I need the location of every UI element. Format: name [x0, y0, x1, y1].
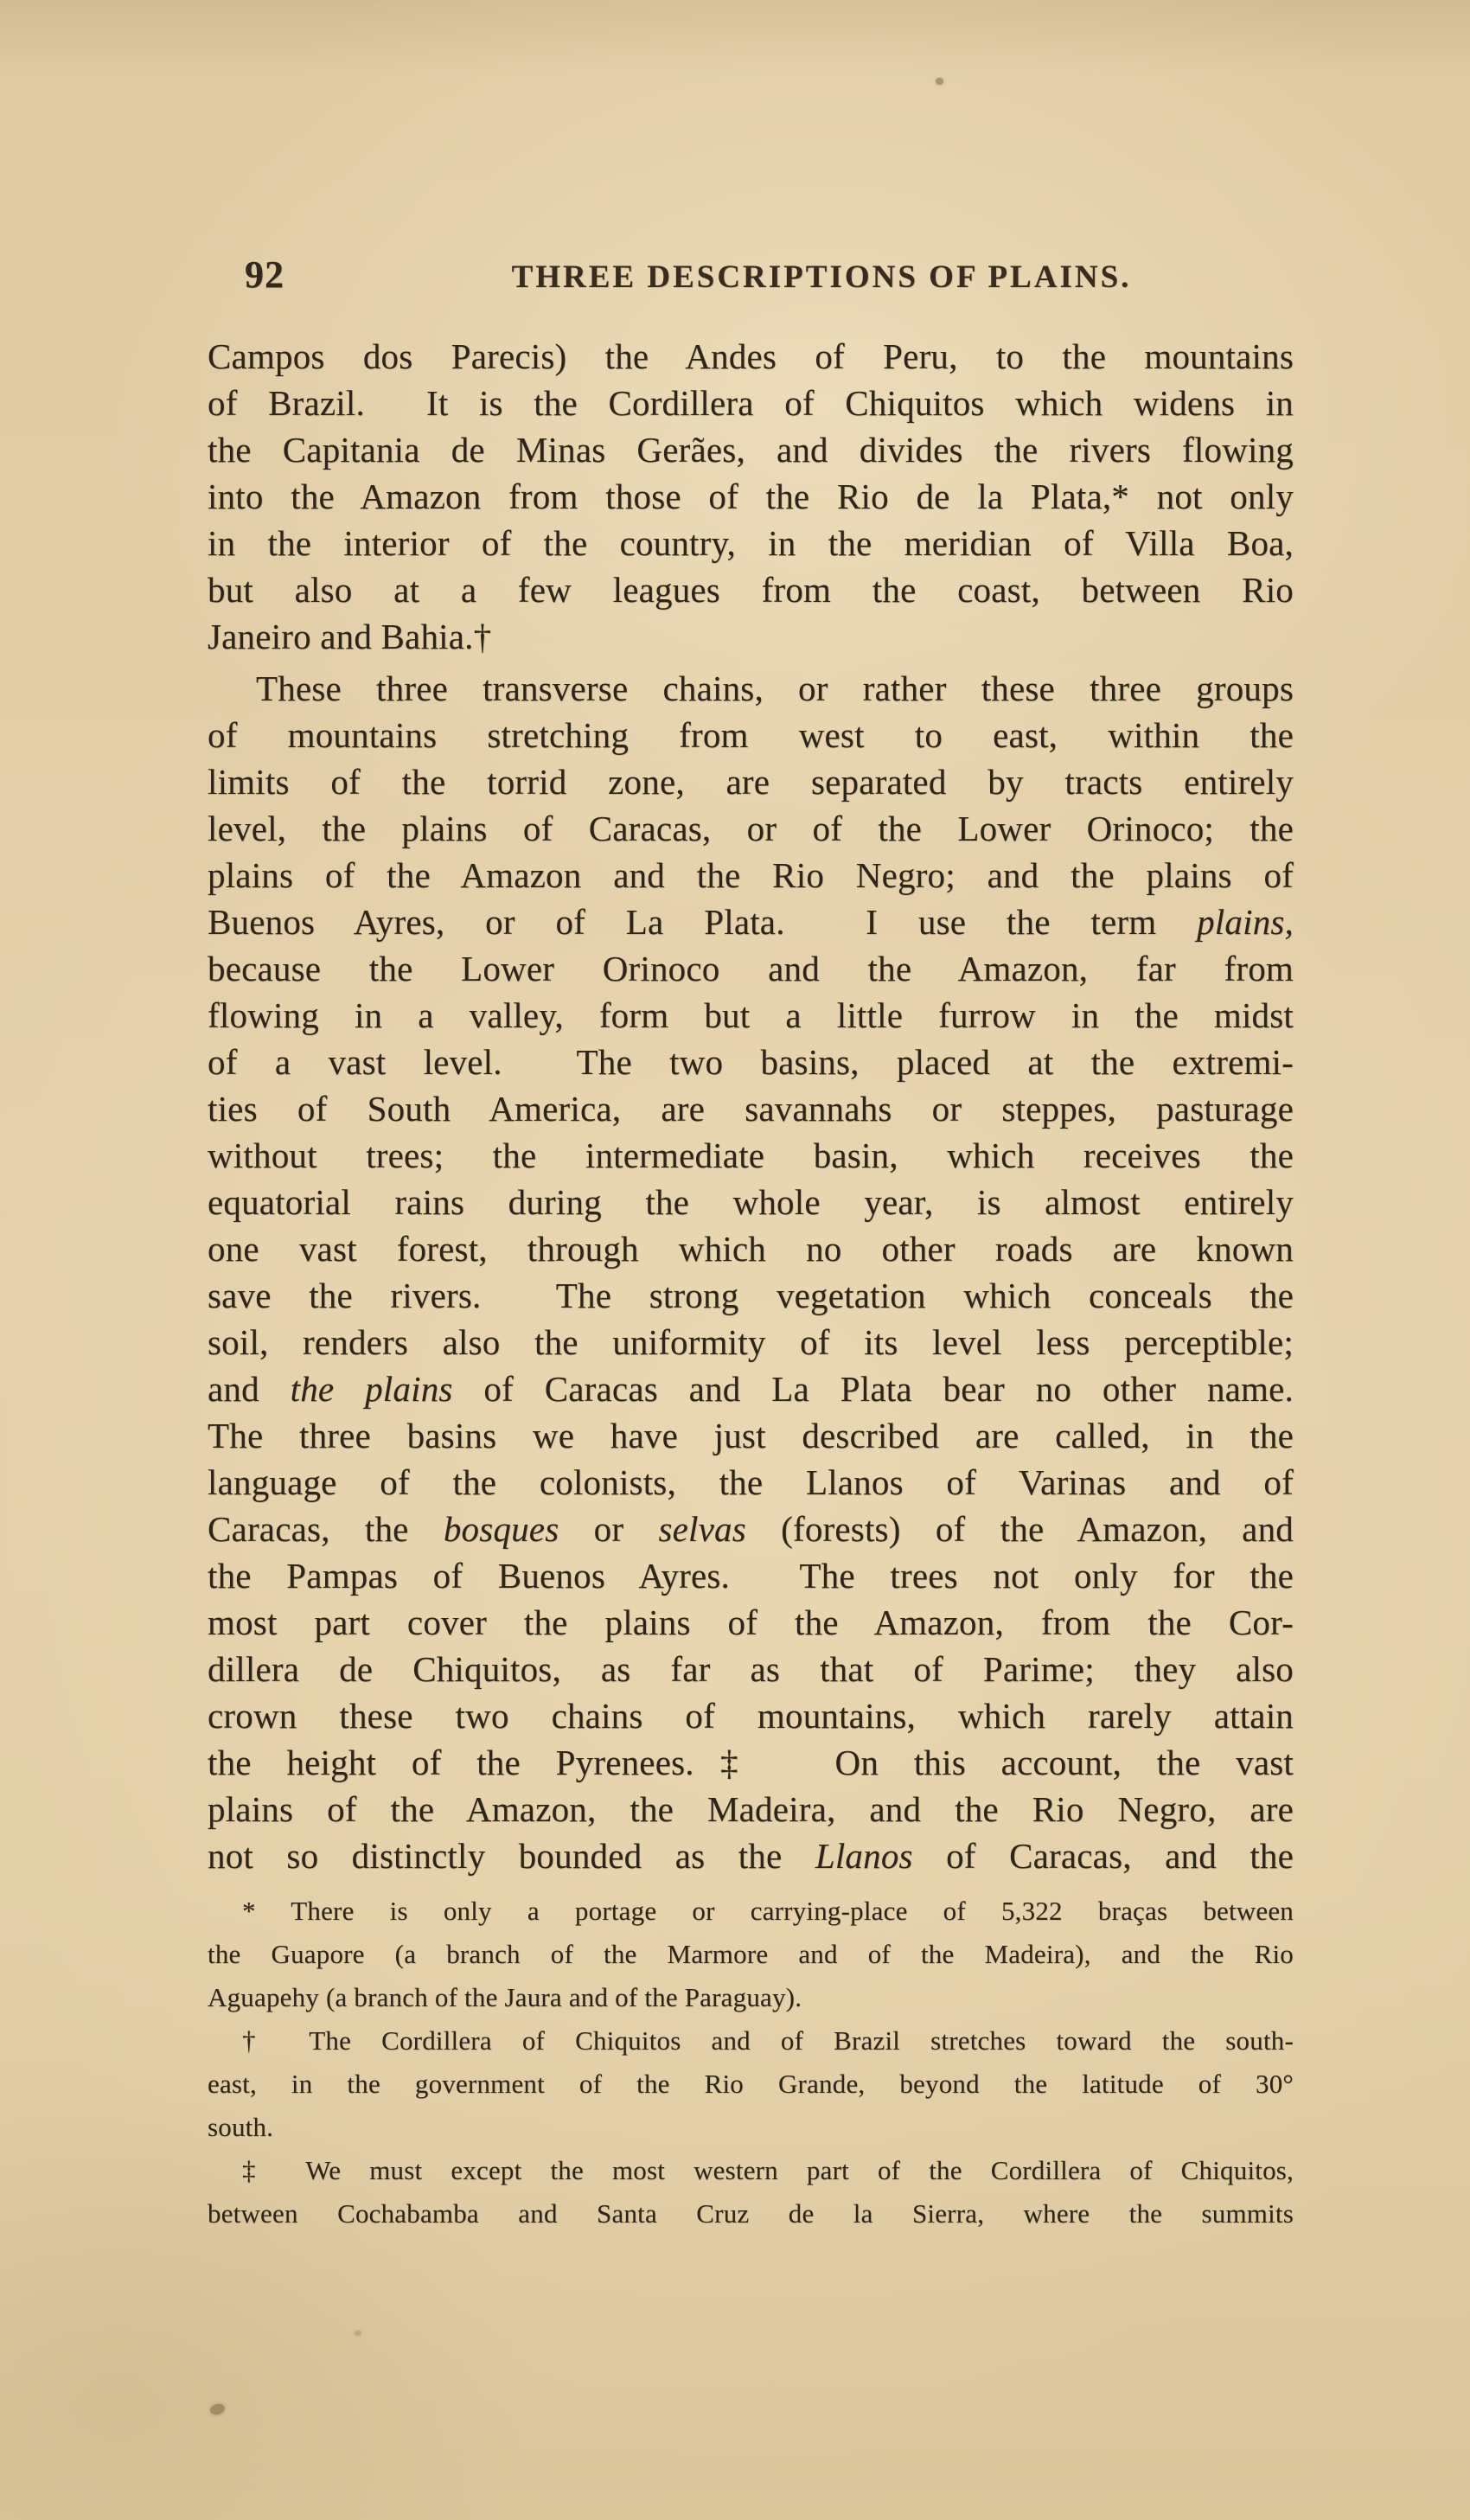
text-line: in the interior of the country, in the m… — [208, 520, 1294, 566]
paragraph: Campos dos Parecis) the Andes of Peru, t… — [208, 333, 1294, 660]
text-line: because the Lower Orinoco and the Amazon… — [208, 945, 1294, 992]
italic-term: the plains — [291, 1369, 453, 1409]
text-line: Aguapehy (a branch of the Jaura and of t… — [208, 1976, 1294, 2019]
text-line: not so distinctly bounded as the Llanos … — [208, 1832, 1294, 1879]
italic-term: bosques — [444, 1509, 559, 1549]
italic-term: plains, — [1197, 902, 1294, 942]
text-line: Buenos Ayres, or of La Plata. I use the … — [208, 899, 1294, 945]
text-line: plains of the Amazon and the Rio Negro; … — [208, 852, 1294, 899]
footnotes: * There is only a portage or carrying-pl… — [208, 1890, 1294, 2235]
text-line: the Capitania de Minas Gerães, and divid… — [208, 426, 1294, 473]
footnote: ‡ We must except the most western part o… — [208, 2149, 1294, 2235]
text-line: and the plains of Caracas and La Plata b… — [208, 1366, 1294, 1412]
text-line: east, in the government of the Rio Grand… — [208, 2063, 1294, 2106]
body-text: Campos dos Parecis) the Andes of Peru, t… — [208, 333, 1294, 1879]
page-number: 92 — [245, 253, 284, 297]
book-page: 92 THREE DESCRIPTIONS OF PLAINS. Campos … — [0, 0, 1470, 2520]
text-line: into the Amazon from those of the Rio de… — [208, 473, 1294, 520]
text-line: between Cochabamba and Santa Cruz de la … — [208, 2192, 1294, 2235]
text-line: language of the colonists, the Llanos of… — [208, 1459, 1294, 1506]
text-line: limits of the torrid zone, are separated… — [208, 758, 1294, 805]
text-line: dillera de Chiquitos, as far as that of … — [208, 1646, 1294, 1692]
ink-speck — [936, 78, 943, 85]
text-line: Janeiro and Bahia.† — [208, 613, 1294, 660]
text-line: level, the plains of Caracas, or of the … — [208, 805, 1294, 852]
paragraph: These three transverse chains, or rather… — [208, 665, 1294, 1879]
ink-speck — [355, 2331, 361, 2336]
text-line: save the rivers. The strong vegetation w… — [208, 1272, 1294, 1319]
text-line: * There is only a portage or carrying-pl… — [208, 1890, 1294, 1933]
text-line: without trees; the intermediate basin, w… — [208, 1132, 1294, 1179]
text-line: the Guapore (a branch of the Marmore and… — [208, 1933, 1294, 1976]
text-line: most part cover the plains of the Amazon… — [208, 1599, 1294, 1646]
running-title: THREE DESCRIPTIONS OF PLAINS. — [432, 259, 1211, 296]
text-line: the height of the Pyrenees.‡ On this acc… — [208, 1739, 1294, 1786]
text-line: Campos dos Parecis) the Andes of Peru, t… — [208, 333, 1294, 380]
text-line: of Brazil. It is the Cordillera of Chiqu… — [208, 380, 1294, 426]
text-line: Caracas, the bosques or selvas (forests)… — [208, 1506, 1294, 1552]
text-line: the Pampas of Buenos Ayres. The trees no… — [208, 1552, 1294, 1599]
text-line: ties of South America, are savannahs or … — [208, 1085, 1294, 1132]
italic-term: Llanos — [815, 1836, 913, 1876]
text-line: equatorial rains during the whole year, … — [208, 1179, 1294, 1225]
text-line: of a vast level. The two basins, placed … — [208, 1039, 1294, 1085]
footnote: † The Cordillera of Chiquitos and of Bra… — [208, 2019, 1294, 2149]
text-line: but also at a few leagues from the coast… — [208, 566, 1294, 613]
text-line: The three basins we have just described … — [208, 1412, 1294, 1459]
italic-term: selvas — [658, 1509, 745, 1549]
text-line: of mountains stretching from west to eas… — [208, 712, 1294, 758]
text-line: flowing in a valley, form but a little f… — [208, 992, 1294, 1039]
footnote: * There is only a portage or carrying-pl… — [208, 1890, 1294, 2019]
text-line: plains of the Amazon, the Madeira, and t… — [208, 1786, 1294, 1832]
text-line: one vast forest, through which no other … — [208, 1225, 1294, 1272]
ink-speck — [209, 2402, 227, 2416]
text-line: soil, renders also the uniformity of its… — [208, 1319, 1294, 1366]
text-line: † The Cordillera of Chiquitos and of Bra… — [208, 2019, 1294, 2063]
text-line: ‡ We must except the most western part o… — [208, 2149, 1294, 2192]
text-line: south. — [208, 2106, 1294, 2149]
text-line: These three transverse chains, or rather… — [208, 665, 1294, 712]
text-line: crown these two chains of mountains, whi… — [208, 1692, 1294, 1739]
